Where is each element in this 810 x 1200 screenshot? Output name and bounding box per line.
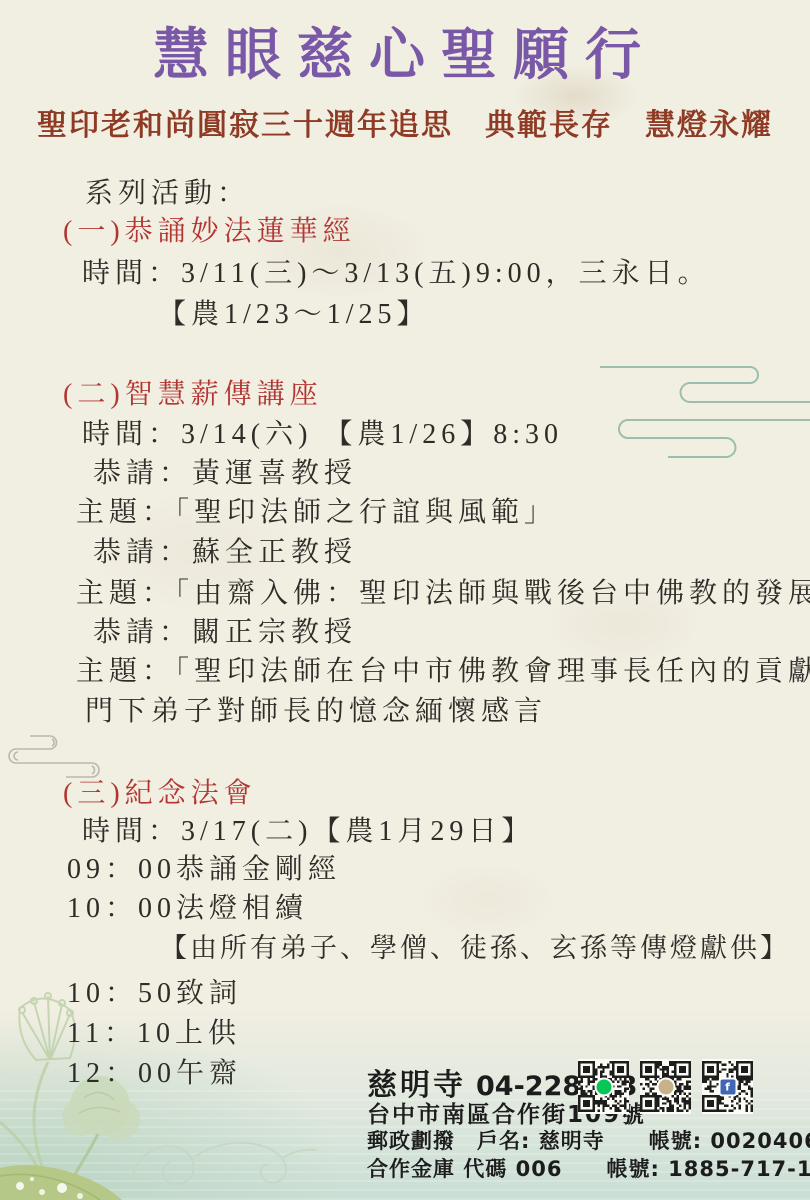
- section3-item3: 10：50致詞: [67, 976, 242, 1011]
- section2-closing: 門下弟子對師長的憶念緬懷感言: [85, 694, 547, 729]
- section1-time: 時間：3/11(三)～3/13(五)9:00，三永日。: [82, 256, 711, 291]
- line-qr-code: [578, 1059, 629, 1114]
- section2-topic2: 主題：「由齋入佛：聖印法師與戰後台中佛教的發展」: [76, 576, 810, 611]
- bank-account-line: 合作金庫 代碼 006 帳號: 1885-717-126799: [367, 1153, 810, 1183]
- section2-topic1: 主題：「聖印法師之行誼與風範」: [76, 495, 557, 530]
- section3-item4: 11：10上供: [67, 1016, 241, 1051]
- section2-heading: (二)智慧薪傳講座: [63, 377, 323, 412]
- facebook-icon: f: [720, 1079, 735, 1094]
- section3-item1: 09：00恭誦金剛經: [67, 852, 341, 887]
- section1-lunar-date: 【農1/23～1/25】: [158, 297, 430, 332]
- section3-heading: (三)紀念法會: [63, 776, 257, 811]
- section2-speaker3: 恭請：闞正宗教授: [93, 615, 357, 650]
- section2-speaker2: 恭請：蘇全正教授: [93, 535, 357, 570]
- temple-qr-code: [640, 1059, 691, 1114]
- section2-topic3: 主題：「聖印法師在台中市佛教會理事長任內的貢獻」: [76, 654, 810, 689]
- series-label: 系列活動：: [85, 176, 250, 211]
- section3-note: 【由所有弟子、學僧、徒孫、玄孫等傳燈獻供】: [160, 932, 790, 966]
- cloud-motif-right: [600, 367, 810, 457]
- section2-speaker1: 恭請：黃運喜教授: [93, 456, 357, 491]
- postal-transfer-line: 郵政劃撥 戶名: 慈明寺 帳號: 00204068: [367, 1125, 810, 1155]
- poster-title: 慧眼慈心聖願行: [0, 26, 810, 88]
- facebook-qr-code: f: [702, 1059, 753, 1114]
- poster-subtitle: 聖印老和尚圓寂三十週年追思 典範長存 慧燈永耀: [0, 108, 810, 144]
- line-icon: [596, 1079, 611, 1094]
- cloud-motif-left: [9, 736, 99, 777]
- section3-item5: 12：00午齋: [67, 1056, 242, 1091]
- section1-heading: (一)恭誦妙法蓮華經: [63, 214, 356, 249]
- section3-time: 時間：3/17(二)【農1月29日】: [82, 814, 534, 849]
- poster: 慧眼慈心聖願行 聖印老和尚圓寂三十週年追思 典範長存 慧燈永耀 系列活動： (一…: [0, 0, 810, 1200]
- section3-item2: 10：00法燈相續: [67, 891, 308, 926]
- temple-seal-icon: [658, 1079, 673, 1094]
- section2-time: 時間：3/14(六) 【農1/26】8:30: [82, 417, 563, 452]
